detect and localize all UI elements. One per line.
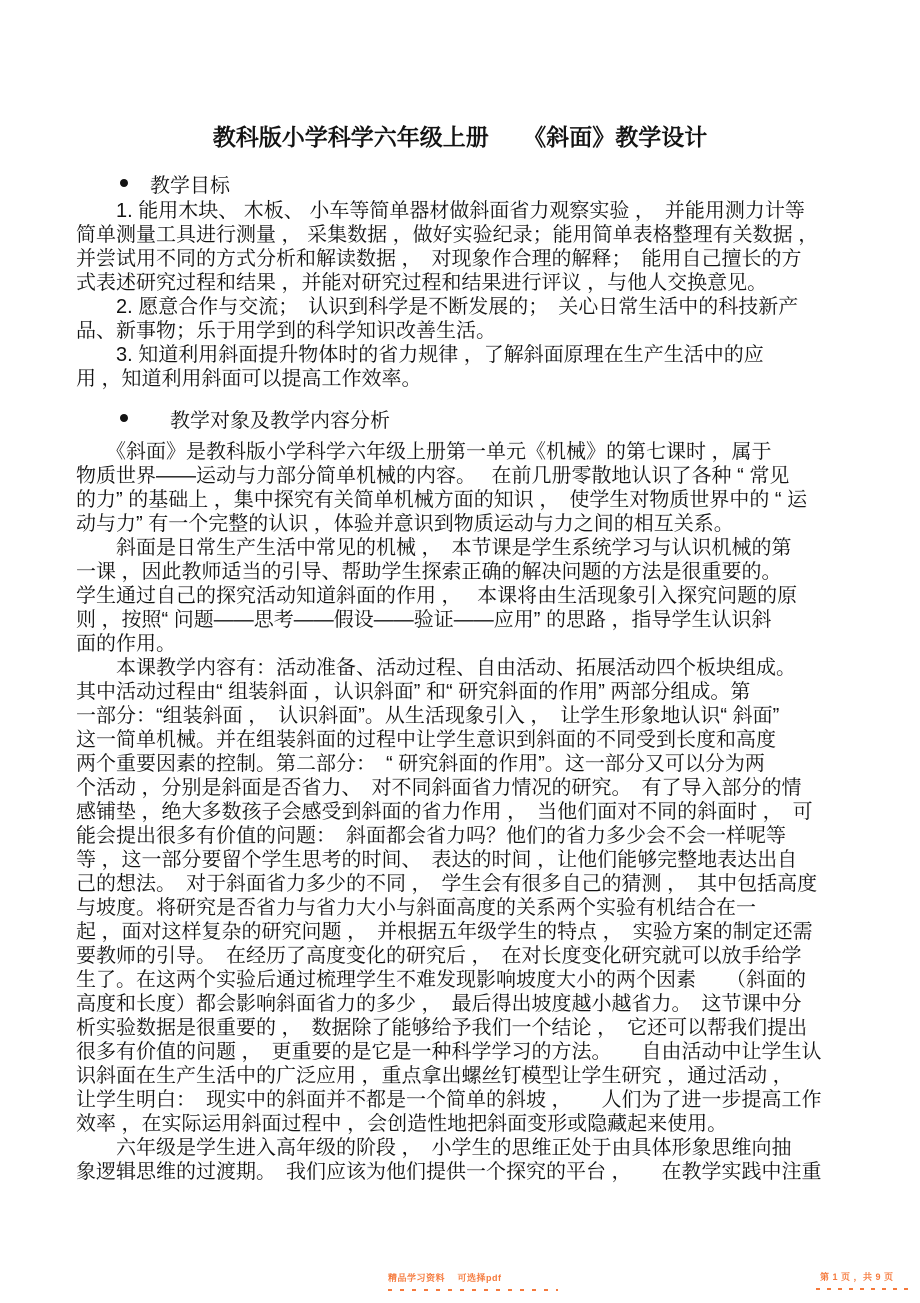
bullet-icon [120, 414, 128, 422]
footer-watermark: 精品学习资料 可选择pdf [388, 1271, 502, 1284]
analysis-paragraphs: 《斜面》是教科版小学科学六年级上册第一单元《机械》的第七课时 ，属于物质世界——… [76, 440, 852, 1184]
text-line: 等 ，这一部分要留个学生思考的时间、 表达的时间 ，让他们能够完整地表达出自 [76, 848, 852, 872]
text-line: 识斜面在生产生活中的广泛应用 ，重点拿出螺丝钉模型让学生研究 ，通过活动 ， [76, 1064, 852, 1088]
document-page: 教科版小学科学六年级上册 《斜面》教学设计 教学目标 1. 能用木块、 木板、 … [0, 0, 920, 1303]
text-line: 这一简单机械。并在组装斜面的过程中让学生意识到斜面的不同受到长度和高度 [76, 728, 852, 752]
section-heading-objectives: 教学目标 [120, 171, 230, 195]
text-line: 用 ，知道利用斜面可以提高工作效率。 [76, 367, 852, 391]
text-line: 生了。在这两个实验后通过梳理学生不难发现影响坡度大小的两个因素 （斜面的 [76, 968, 852, 992]
text-line: 《斜面》是教科版小学科学六年级上册第一单元《机械》的第七课时 ，属于 [76, 440, 852, 464]
text-line: 个活动 ，分别是斜面是否省力、 对不同斜面省力情况的研究。 有了导入部分的情 [76, 776, 852, 800]
text-line: 高度和长度）都会影响斜面省力的多少 ， 最后得出坡度越小越省力。 这节课中分 [76, 992, 852, 1016]
text-line: 斜面是日常生产生活中常见的机械 ， 本节课是学生系统学习与认识机械的第 [76, 536, 852, 560]
text-line: 并尝试用不同的方式分析和解读数据 ， 对现象作合理的解释； 能用自己擅长的方 [76, 247, 852, 271]
text-line: 本课教学内容有：活动准备、活动过程、自由活动、拓展活动四个板块组成。 [76, 656, 852, 680]
text-line: 与坡度。将研究是否省力与省力大小与斜面高度的关系两个实验有机结合在一 [76, 896, 852, 920]
text-line: 两个重要因素的控制。第二部分： “ 研究斜面的作用”。这一部分又可以分为两 [76, 752, 852, 776]
text-line: 其中活动过程由“ 组装斜面 ，认识斜面” 和“ 研究斜面的作用” 两部分组成。第 [76, 680, 852, 704]
text-line: 品、新事物；乐于用学到的科学知识改善生活。 [76, 319, 852, 343]
footer-dashes-icon [388, 1289, 558, 1291]
text-line: 起 ，面对这样复杂的研究问题 ， 并根据五年级学生的特点 ， 实验方案的制定还需 [76, 920, 852, 944]
section-heading-label: 教学目标 [150, 169, 230, 198]
text-line: 一课 ，因此教师适当的引导、帮助学生探索正确的解决问题的方法是很重要的。 [76, 560, 852, 584]
section-heading-analysis: 教学对象及教学内容分析 [120, 406, 390, 430]
section-heading-label: 教学对象及教学内容分析 [170, 404, 390, 433]
text-line: 式表述研究过程和结果 ，并能对研究过程和结果进行评议 ，与他人交换意见。 [76, 271, 852, 295]
footer-dashes-icon [816, 1288, 913, 1290]
text-line: 感铺垫 ，绝大多数孩子会感受到斜面的省力作用 ， 当他们面对不同的斜面时 ， 可 [76, 800, 852, 824]
text-line: 能会提出很多有价值的问题： 斜面都会省力吗？他们的省力多少会不会一样呢等 [76, 824, 852, 848]
text-line: 学生通过自己的探究活动知道斜面的作用 ， 本课将由生活现象引入探究问题的原 [76, 584, 852, 608]
text-line: 3. 知道利用斜面提升物体时的省力规律 ，了解斜面原理在生产生活中的应 [76, 343, 852, 367]
text-line: 1. 能用木块、 木板、 小车等简单器材做斜面省力观察实验 ， 并能用测力计等 [76, 199, 852, 223]
text-line: 一部分：“组装斜面 ， 认识斜面”。从生活现象引入 ， 让学生形象地认识“ 斜面… [76, 704, 852, 728]
text-line: 析实验数据是很重要的 ， 数据除了能够给予我们一个结论 ， 它还可以帮我们提出 [76, 1016, 852, 1040]
bullet-icon [120, 179, 128, 187]
text-line: 让学生明白： 现实中的斜面并不都是一个简单的斜坡 ， 人们为了进一步提高工作 [76, 1088, 852, 1112]
page-title: 教科版小学科学六年级上册 《斜面》教学设计 [0, 119, 920, 152]
text-line: 效率 ，在实际运用斜面过程中 ，会创造性地把斜面变形或隐藏起来使用。 [76, 1112, 852, 1136]
text-line: 的力” 的基础上 ，集中探究有关简单机械方面的知识 ， 使学生对物质世界中的 “… [76, 488, 852, 512]
text-line: 象逻辑思维的过渡期。 我们应该为他们提供一个探究的平台 ， 在教学实践中注重 [76, 1160, 852, 1184]
text-line: 物质世界——运动与力部分简单机械的内容。 在前几册零散地认识了各种 “ 常见 [76, 464, 852, 488]
text-line: 六年级是学生进入高年级的阶段 ， 小学生的思维正处于由具体形象思维向抽 [76, 1136, 852, 1160]
footer-page-indicator: 第 1 页 ，共 9 页 [820, 1270, 894, 1283]
objectives-paragraphs: 1. 能用木块、 木板、 小车等简单器材做斜面省力观察实验 ， 并能用测力计等简… [76, 199, 852, 391]
text-line: 简单测量工具进行测量 ， 采集数据 ，做好实验纪录；能用简单表格整理有关数据 ， [76, 223, 852, 247]
text-line: 己的想法。 对于斜面省力多少的不同 ， 学生会有很多自己的猜测 ， 其中包括高度 [76, 872, 852, 896]
text-line: 面的作用。 [76, 632, 852, 656]
text-line: 要教师的引导。 在经历了高度变化的研究后 ， 在对长度变化研究就可以放手给学 [76, 944, 852, 968]
text-line: 2. 愿意合作与交流； 认识到科学是不断发展的； 关心日常生活中的科技新产 [76, 295, 852, 319]
text-line: 很多有价值的问题 ， 更重要的是它是一种科学学习的方法。 自由活动中让学生认 [76, 1040, 852, 1064]
text-line: 动与力” 有一个完整的认识 ，体验并意识到物质运动与力之间的相互关系。 [76, 512, 852, 536]
text-line: 则 ，按照“ 问题——思考——假设——验证——应用” 的思路 ，指导学生认识斜 [76, 608, 852, 632]
